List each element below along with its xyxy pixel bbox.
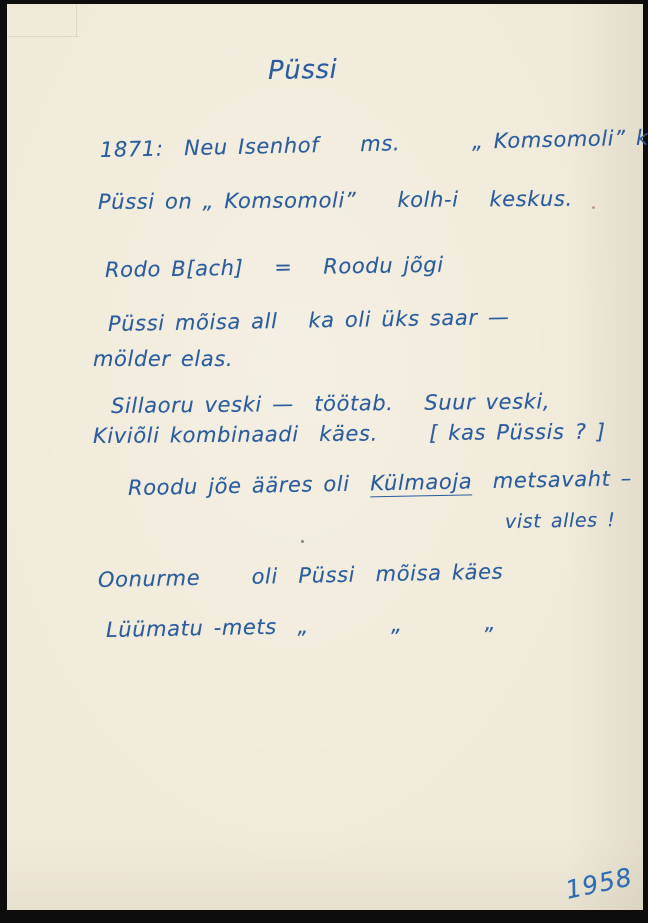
page-title: Püssi <box>268 55 338 86</box>
paper-speck <box>301 540 304 543</box>
line-molder-elas: mölder elas. <box>93 347 233 371</box>
paper-crease-horizontal <box>7 36 79 37</box>
underlined-place-name: Külmaoja <box>370 469 473 497</box>
line-kivioli-kombinaat: Kiviõli kombinaadi käes. [ kas Püssis ? … <box>93 420 606 448</box>
line-vist-alles: vist alles ! <box>505 509 616 533</box>
line-pussi-keskus: Püssi on „ Komsomoli” kolh-i keskus. <box>98 187 573 214</box>
paper-crease-vertical <box>76 4 77 37</box>
line-roodu-prefix: Roodu jõe ääres oli <box>128 471 371 500</box>
paper-speck <box>592 206 595 209</box>
scanned-page: Püssi 1871: Neu Isenhof ms. „ Komsomoli”… <box>0 0 648 923</box>
line-roodu-suffix: metsavaht – <box>472 466 632 493</box>
line-sillaoru-veski: Sillaoru veski — töötab. Suur veski, <box>111 389 550 418</box>
